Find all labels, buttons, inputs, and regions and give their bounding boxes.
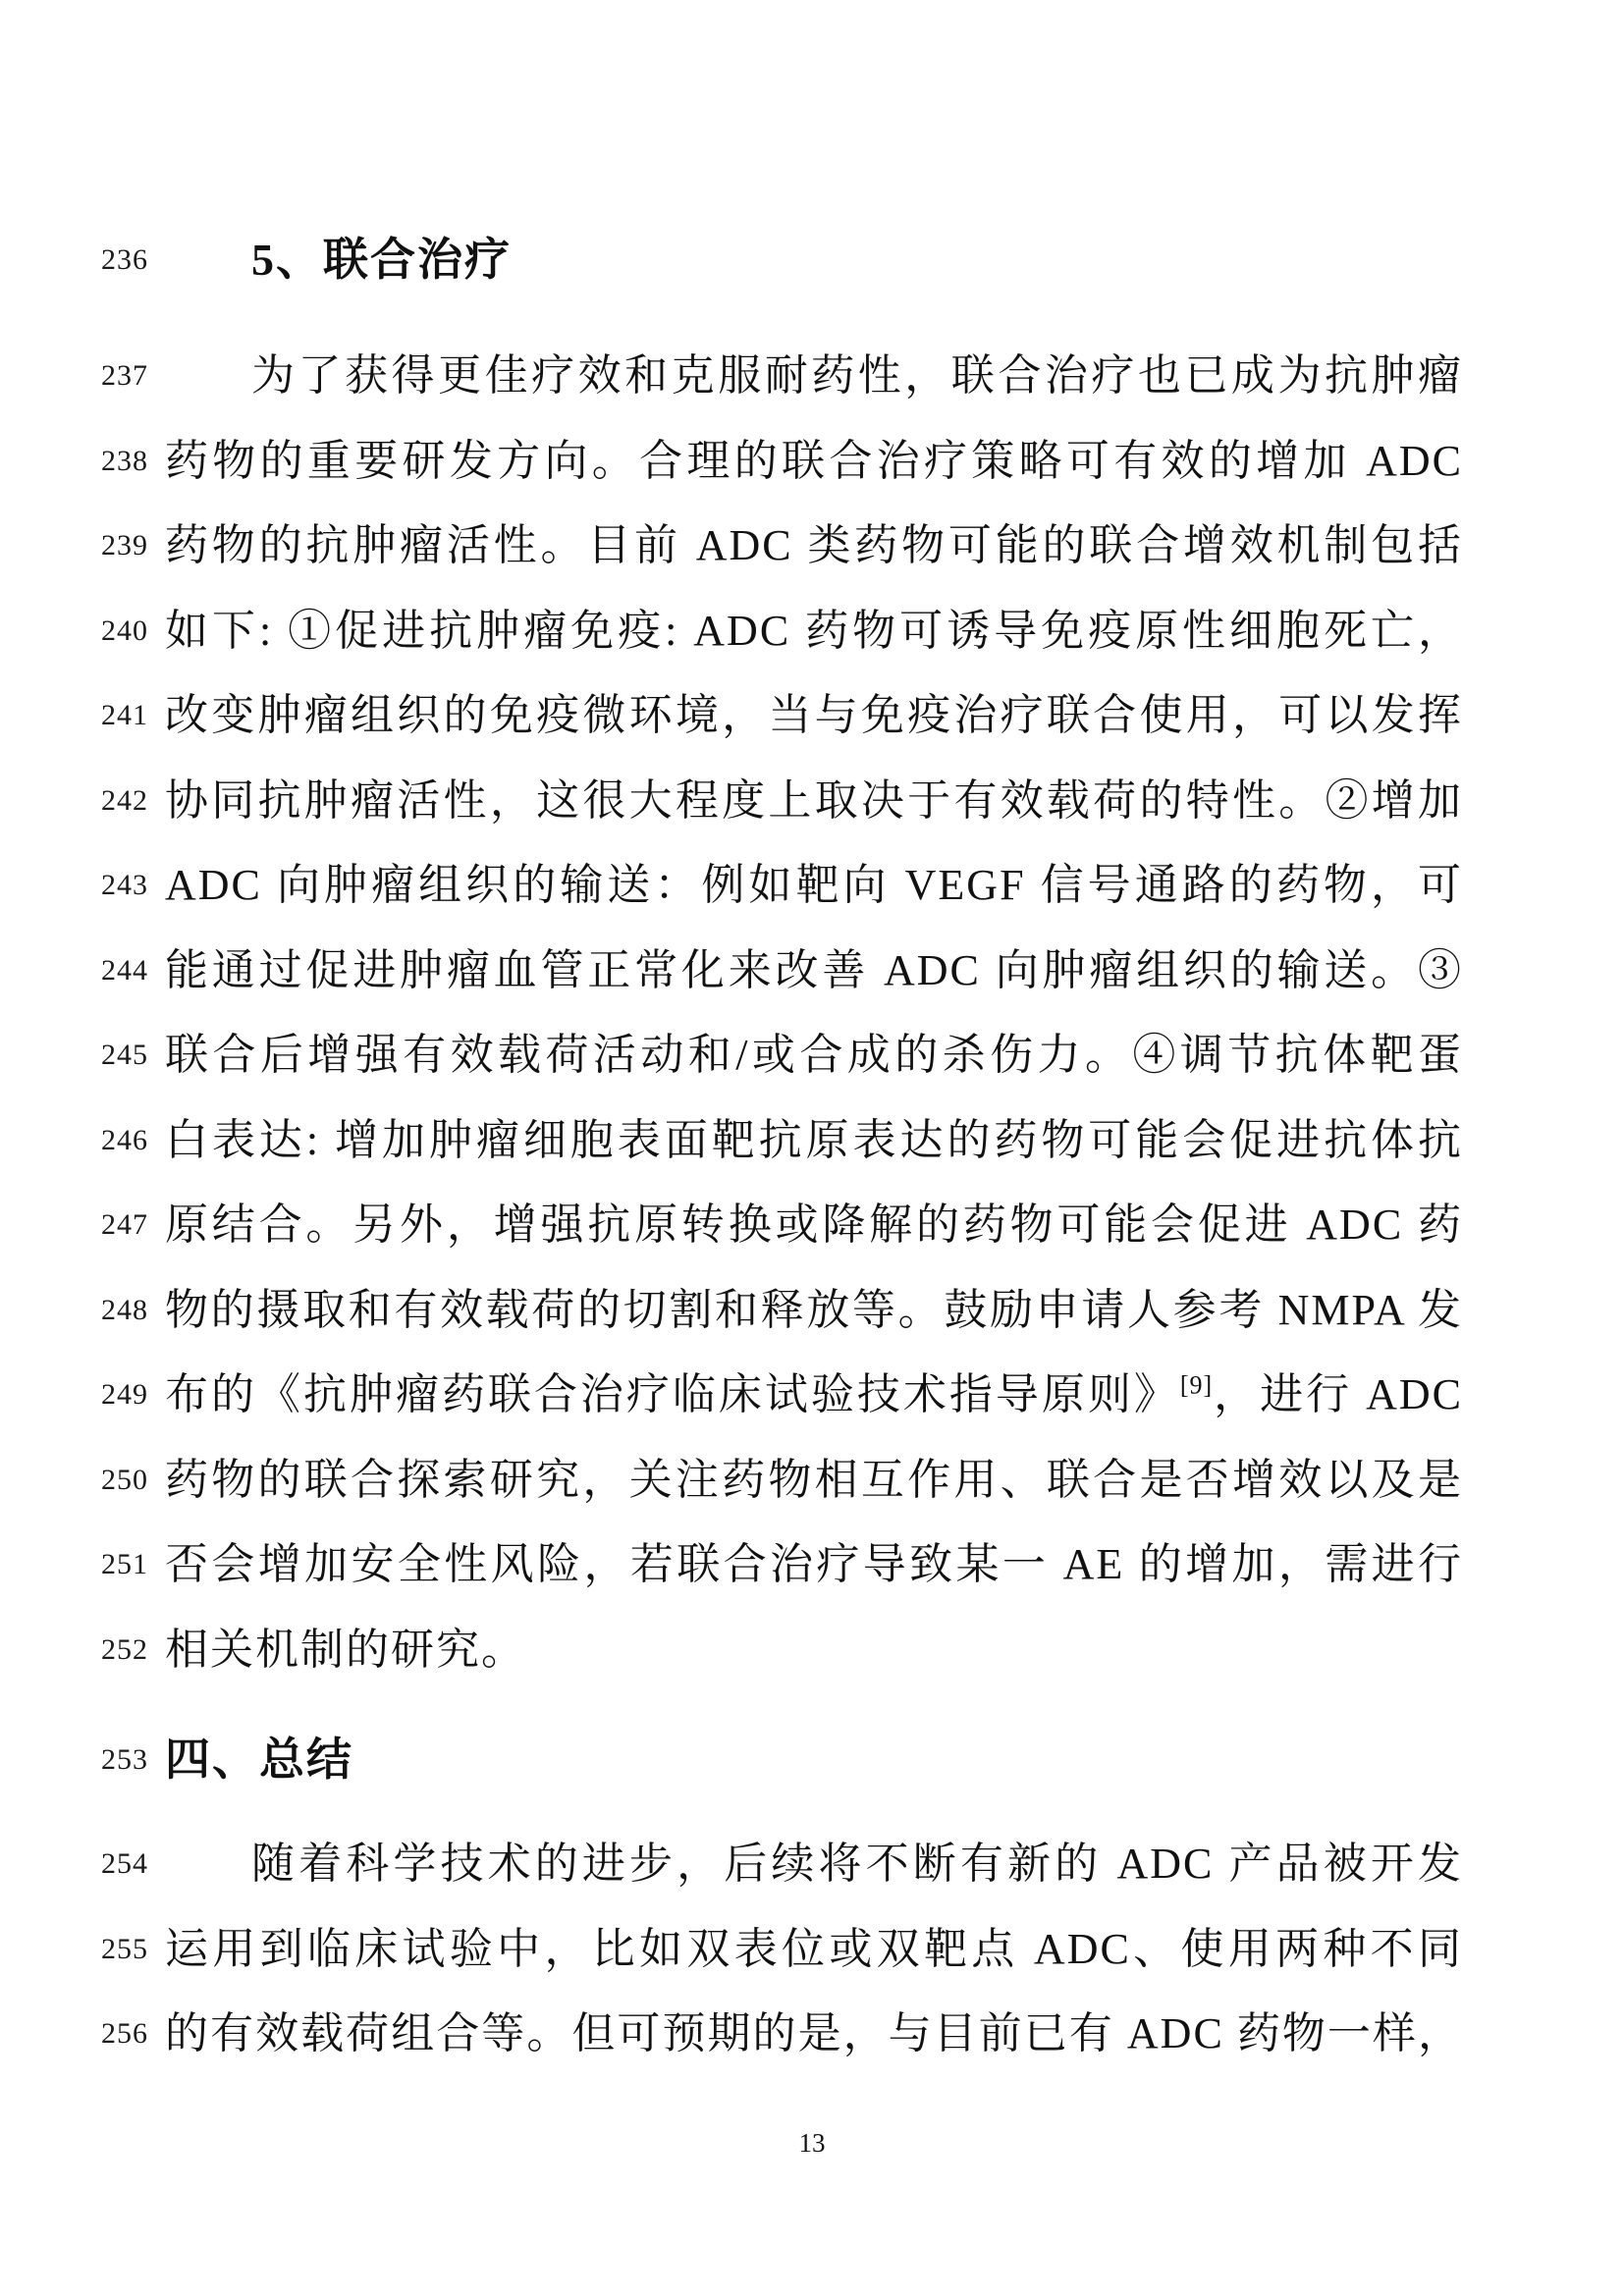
line-text-pre: 布的《抗肿瘤药联合治疗临床试验技术指导原则》	[165, 1370, 1180, 1418]
line-number: 253	[101, 1743, 170, 1777]
line-text: 随着科学技术的进步，后续将不断有新的 ADC 产品被开发	[251, 1832, 1463, 1896]
line-row: 247 原结合。另外，增强抗原转换或降解的药物可能会促进 ADC 药	[0, 1193, 1624, 1257]
line-number: 252	[101, 1633, 170, 1667]
line-number: 246	[101, 1124, 170, 1157]
page-number: 13	[799, 2128, 826, 2158]
page-footer: 13	[0, 2128, 1624, 2159]
line-row: 245 联合后增强有效载荷活动和/或合成的杀伤力。④调节抗体靶蛋	[0, 1023, 1624, 1088]
line-row: 254 随着科学技术的进步，后续将不断有新的 ADC 产品被开发	[0, 1832, 1624, 1896]
line-text: 布的《抗肿瘤药联合治疗临床试验技术指导原则》[9]，进行 ADC	[165, 1362, 1463, 1427]
citation-superscript: [9]	[1180, 1370, 1213, 1399]
line-text: 否会增加安全性风险，若联合治疗导致某一 AE 的增加，需进行	[165, 1532, 1463, 1597]
line-row: 248 物的摄取和有效载荷的切割和释放等。鼓励申请人参考 NMPA 发	[0, 1278, 1624, 1343]
line-text: 能通过促进肿瘤血管正常化来改善 ADC 向肿瘤组织的输送。③	[165, 938, 1463, 1003]
line-text: ADC 向肿瘤组织的输送：例如靶向 VEGF 信号通路的药物，可	[165, 853, 1463, 918]
line-row: 255 运用到临床试验中，比如双表位或双靶点 ADC、使用两种不同	[0, 1917, 1624, 1982]
line-number: 241	[101, 699, 170, 732]
line-row: 237 为了获得更佳疗效和克服耐药性，联合治疗也已成为抗肿瘤	[0, 344, 1624, 408]
line-row: 241 改变肿瘤组织的免疫微环境，当与免疫治疗联合使用，可以发挥	[0, 683, 1624, 748]
document-page: 236 5、联合治疗 237 为了获得更佳疗效和克服耐药性，联合治疗也已成为抗肿…	[0, 0, 1624, 2296]
line-row: 249 布的《抗肿瘤药联合治疗临床试验技术指导原则》[9]，进行 ADC	[0, 1362, 1624, 1427]
line-number: 236	[101, 243, 170, 277]
line-text: 改变肿瘤组织的免疫微环境，当与免疫治疗联合使用，可以发挥	[165, 683, 1463, 748]
line-text: 药物的抗肿瘤活性。目前 ADC 类药物可能的联合增效机制包括	[165, 513, 1463, 578]
line-text: 物的摄取和有效载荷的切割和释放等。鼓励申请人参考 NMPA 发	[165, 1278, 1463, 1343]
line-number: 255	[101, 1933, 170, 1966]
line-number: 242	[101, 784, 170, 818]
line-text: 如下: ①促进抗肿瘤免疫: ADC 药物可诱导免疫原性细胞死亡，	[165, 599, 1463, 664]
line-row: 253 四、总结	[0, 1728, 1624, 1792]
line-row: 244 能通过促进肿瘤血管正常化来改善 ADC 向肿瘤组织的输送。③	[0, 938, 1624, 1003]
line-text: 药物的联合探索研究，关注药物相互作用、联合是否增效以及是	[165, 1448, 1463, 1513]
line-text: 原结合。另外，增强抗原转换或降解的药物可能会促进 ADC 药	[165, 1193, 1463, 1257]
line-number: 244	[101, 954, 170, 988]
line-text: 相关机制的研究。	[165, 1618, 1463, 1682]
line-number: 248	[101, 1294, 170, 1327]
line-row: 252 相关机制的研究。	[0, 1618, 1624, 1682]
line-row: 243 ADC 向肿瘤组织的输送：例如靶向 VEGF 信号通路的药物，可	[0, 853, 1624, 918]
line-number: 239	[101, 529, 170, 562]
line-number: 237	[101, 359, 170, 393]
line-text: 白表达: 增加肿瘤细胞表面靶抗原表达的药物可能会促进抗体抗	[165, 1108, 1463, 1173]
line-number: 247	[101, 1208, 170, 1242]
line-row: 238 药物的重要研发方向。合理的联合治疗策略可有效的增加 ADC	[0, 429, 1624, 494]
section-heading: 四、总结	[165, 1728, 1463, 1792]
line-number: 249	[101, 1378, 170, 1412]
line-text-post: ，进行 ADC	[1213, 1370, 1463, 1418]
line-row: 256 的有效载荷组合等。但可预期的是，与目前已有 ADC 药物一样，	[0, 2002, 1624, 2066]
line-text: 运用到临床试验中，比如双表位或双靶点 ADC、使用两种不同	[165, 1917, 1463, 1982]
line-number: 243	[101, 869, 170, 902]
line-row: 251 否会增加安全性风险，若联合治疗导致某一 AE 的增加，需进行	[0, 1532, 1624, 1597]
line-number: 256	[101, 2017, 170, 2051]
line-number: 250	[101, 1464, 170, 1497]
line-text: 协同抗肿瘤活性，这很大程度上取决于有效载荷的特性。②增加	[165, 769, 1463, 833]
line-row: 246 白表达: 增加肿瘤细胞表面靶抗原表达的药物可能会促进抗体抗	[0, 1108, 1624, 1173]
line-number: 251	[101, 1548, 170, 1581]
line-text: 为了获得更佳疗效和克服耐药性，联合治疗也已成为抗肿瘤	[251, 344, 1463, 408]
line-number: 254	[101, 1847, 170, 1881]
line-text: 联合后增强有效载荷活动和/或合成的杀伤力。④调节抗体靶蛋	[165, 1023, 1463, 1088]
line-row: 250 药物的联合探索研究，关注药物相互作用、联合是否增效以及是	[0, 1448, 1624, 1513]
line-row: 242 协同抗肿瘤活性，这很大程度上取决于有效载荷的特性。②增加	[0, 769, 1624, 833]
line-number: 240	[101, 614, 170, 648]
section-heading: 5、联合治疗	[251, 228, 1463, 293]
line-row: 239 药物的抗肿瘤活性。目前 ADC 类药物可能的联合增效机制包括	[0, 513, 1624, 578]
line-row: 236 5、联合治疗	[0, 228, 1624, 293]
line-number: 238	[101, 445, 170, 478]
line-row: 240 如下: ①促进抗肿瘤免疫: ADC 药物可诱导免疫原性细胞死亡，	[0, 599, 1624, 664]
line-text: 的有效载荷组合等。但可预期的是，与目前已有 ADC 药物一样，	[165, 2002, 1463, 2066]
line-number: 245	[101, 1039, 170, 1072]
line-text: 药物的重要研发方向。合理的联合治疗策略可有效的增加 ADC	[165, 429, 1463, 494]
